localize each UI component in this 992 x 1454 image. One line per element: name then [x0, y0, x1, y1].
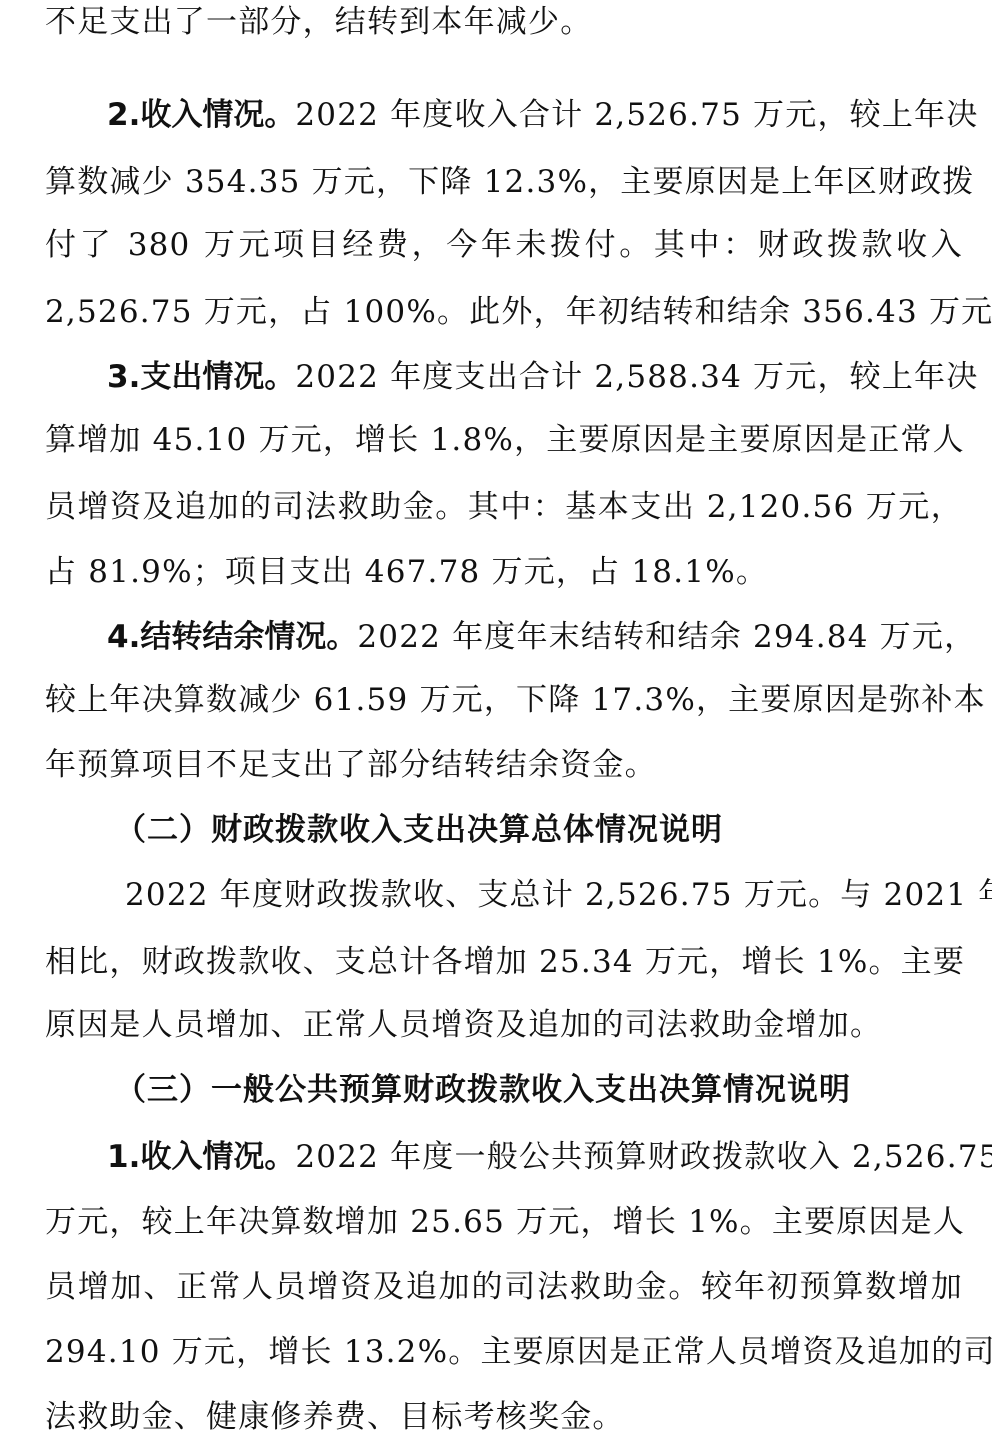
carryover-text: 2022 年度年末结转和结余 294.84 万元，: [357, 619, 976, 655]
paragraph-line: 付了 380 万元项目经费，今年未拨付。其中：财政拨款收入: [45, 225, 963, 265]
carryover-label: 4.结转结余情况。: [107, 619, 357, 655]
paragraph-line: 算增加 45.10 万元，增长 1.8%，主要原因是主要原因是正常人: [45, 420, 963, 460]
paragraph-line: 较上年决算数减少 61.59 万元，下降 17.3%，主要原因是弥补本: [45, 680, 963, 720]
section-heading-3: （三）一般公共预算财政拨款收入支出决算情况说明: [115, 1070, 851, 1110]
paragraph-line: 不足支出了一部分，结转到本年减少。: [45, 2, 592, 42]
paragraph-line: 法救助金、健康修养费、目标考核奖金。: [45, 1397, 625, 1437]
paragraph-line: 员增资及追加的司法救助金。其中：基本支出 2,120.56 万元，: [45, 487, 963, 527]
expense-label: 3.支出情况。: [107, 359, 295, 395]
general-income-label: 1.收入情况。: [107, 1139, 295, 1175]
paragraph-line: 年预算项目不足支出了部分结转结余资金。: [45, 745, 657, 785]
paragraph-line: 1.收入情况。2022 年度一般公共预算财政拨款收入 2,526.75: [107, 1137, 963, 1177]
paragraph-line: 原因是人员增加、正常人员增资及追加的司法救助金增加。: [45, 1005, 882, 1045]
paragraph-line: 2.收入情况。2022 年度收入合计 2,526.75 万元，较上年决: [107, 95, 963, 135]
paragraph-line: 算数减少 354.35 万元，下降 12.3%，主要原因是上年区财政拨: [45, 162, 963, 202]
paragraph-line: 4.结转结余情况。2022 年度年末结转和结余 294.84 万元，: [107, 617, 963, 657]
expense-text: 2022 年度支出合计 2,588.34 万元，较上年决: [295, 359, 978, 395]
paragraph-line: 员增加、正常人员增资及追加的司法救助金。较年初预算数增加: [45, 1267, 963, 1307]
paragraph-line: 2,526.75 万元，占 100%。此外，年初结转和结余 356.43 万元。: [45, 292, 963, 332]
paragraph-line: 相比，财政拨款收、支总计各增加 25.34 万元，增长 1%。主要: [45, 942, 963, 982]
paragraph-line: 3.支出情况。2022 年度支出合计 2,588.34 万元，较上年决: [107, 357, 963, 397]
income-text: 2022 年度收入合计 2,526.75 万元，较上年决: [295, 97, 978, 133]
general-income-text: 2022 年度一般公共预算财政拨款收入 2,526.75: [295, 1139, 992, 1175]
paragraph-line: 占 81.9%；项目支出 467.78 万元，占 18.1%。: [45, 552, 768, 592]
income-label: 2.收入情况。: [107, 97, 295, 133]
paragraph-line: 294.10 万元，增长 13.2%。主要原因是正常人员增资及追加的司: [45, 1332, 963, 1372]
paragraph-line: 万元，较上年决算数增加 25.65 万元，增长 1%。主要原因是人: [45, 1202, 963, 1242]
paragraph-line: 2022 年度财政拨款收、支总计 2,526.75 万元。与 2021 年: [125, 875, 963, 915]
section-heading-2: （二）财政拨款收入支出决算总体情况说明: [115, 810, 723, 850]
